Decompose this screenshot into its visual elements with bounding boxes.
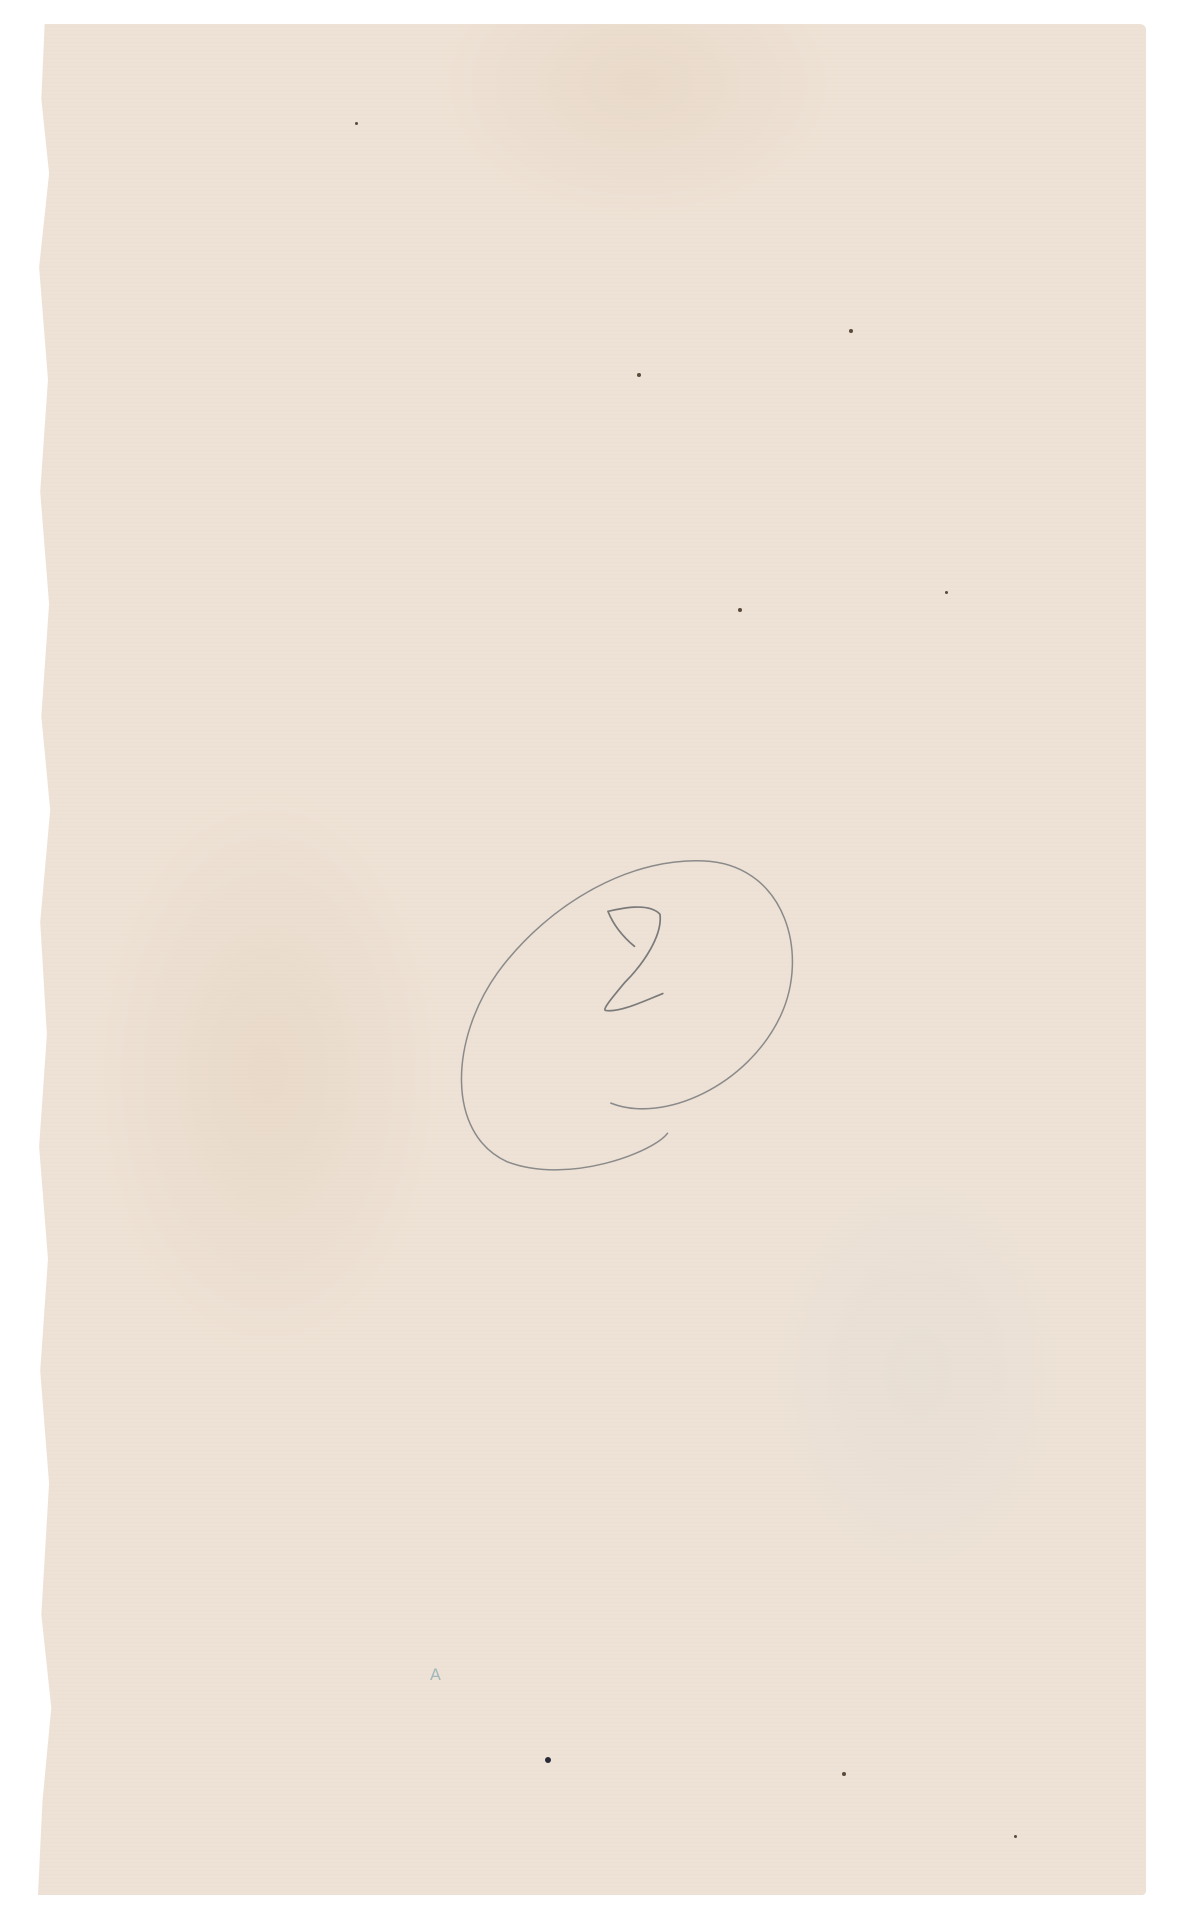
- pencil-numeral-2: [605, 907, 663, 1011]
- speck: [637, 373, 641, 377]
- speck: [842, 1772, 846, 1776]
- speck: [1014, 1835, 1017, 1838]
- circled-number-annotation: [435, 850, 815, 1190]
- blue-ink-mark: A: [430, 1665, 441, 1684]
- speck: [355, 122, 358, 125]
- speck: [849, 329, 853, 333]
- speck: [738, 608, 742, 612]
- speck: [945, 591, 948, 594]
- speck: [545, 1757, 551, 1763]
